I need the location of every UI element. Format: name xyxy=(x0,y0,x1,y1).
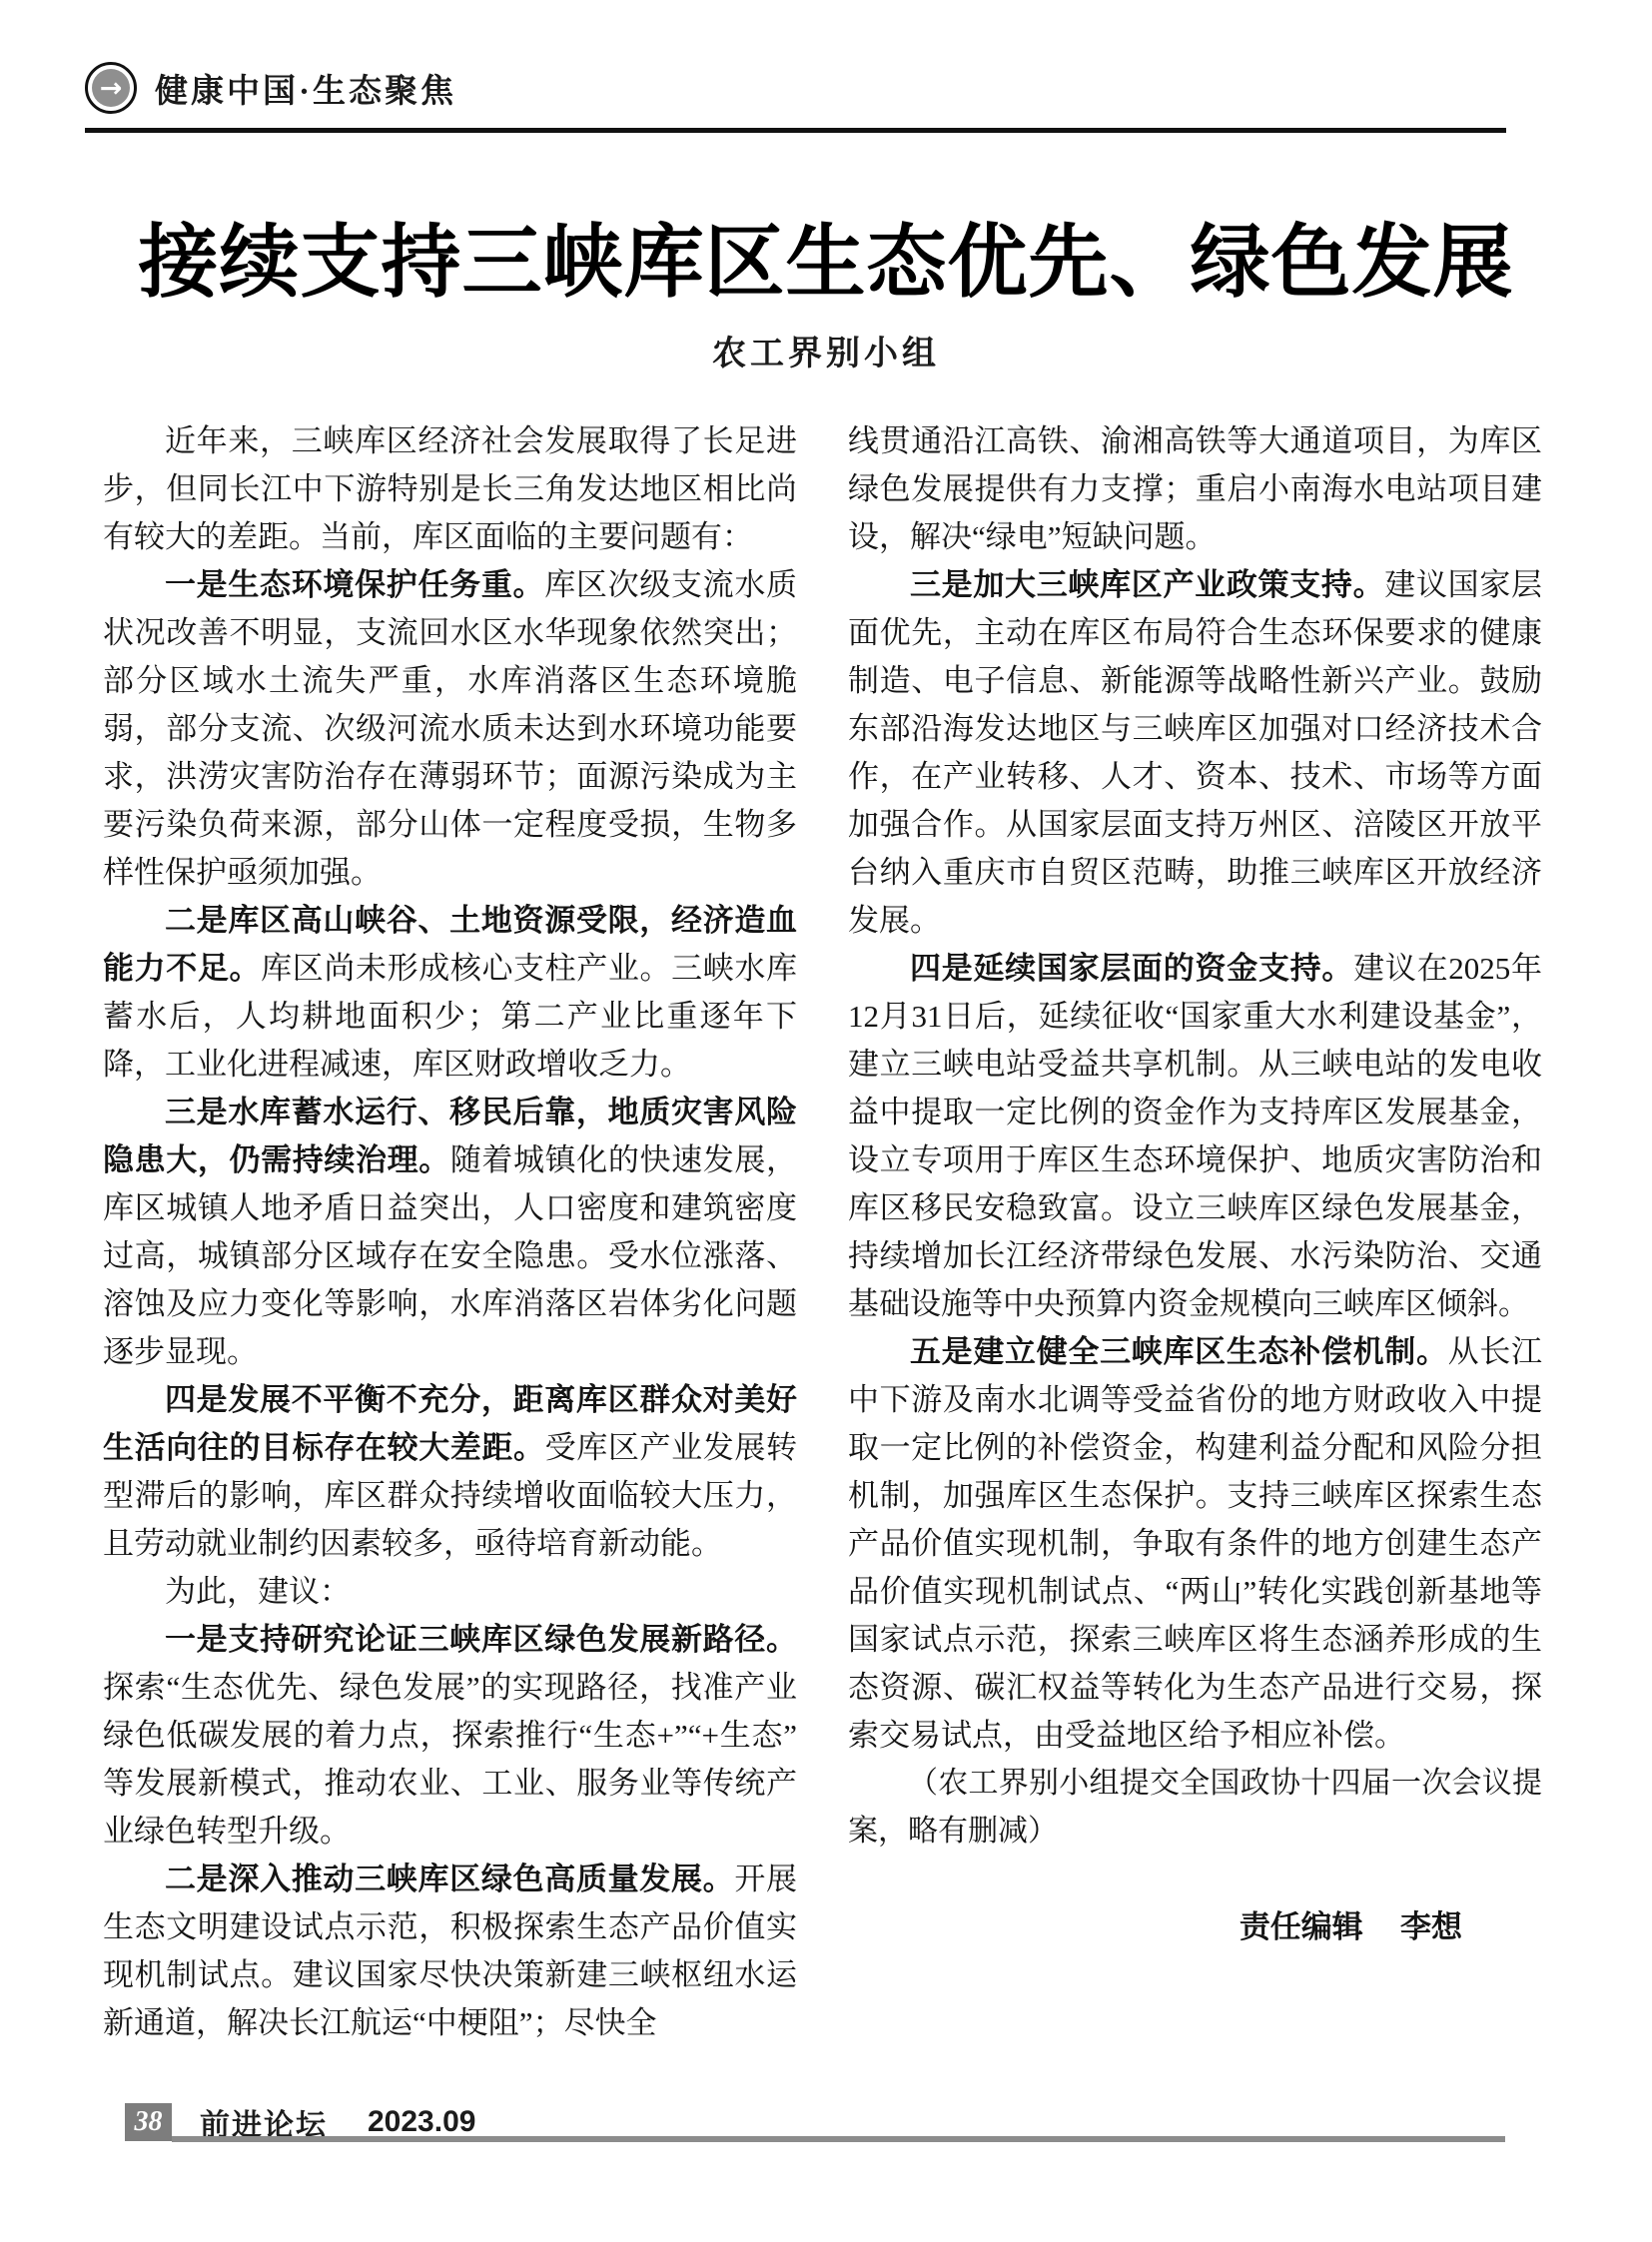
paragraph-lead: 三是加大三峡库区产业政策支持。 xyxy=(910,567,1384,602)
editor-name: 李想 xyxy=(1400,1909,1462,1944)
right-column: 线贯通沿江高铁、渝湘高铁等大通道项目，为库区绿色发展提供有力支撑；重启小南海水电… xyxy=(848,417,1542,2047)
source-note: （农工界别小组提交全国政协十四届一次会议提案，略有删减） xyxy=(848,1760,1542,1856)
body-paragraph: 二是深入推动三峡库区绿色高质量发展。开展生态文明建设试点示范，积极探索生态产品价… xyxy=(103,1856,797,2047)
page-header: → 健康中国·生态聚焦 xyxy=(85,62,1506,133)
magazine-page: → 健康中国·生态聚焦 接续支持三峡库区生态优先、绿色发展 农工界别小组 近年来… xyxy=(0,0,1652,2242)
paragraph-lead: 二是库区高山峡谷、土地资源受限，经济造血能力不足。 xyxy=(103,903,797,986)
section-brand: 健康中国·生态聚焦 xyxy=(155,65,456,112)
paragraph-lead: 一是支持研究论证三峡库区绿色发展新路径。 xyxy=(165,1622,797,1657)
left-column: 近年来，三峡库区经济社会发展取得了长足进步，但同长江中下游特别是长三角发达地区相… xyxy=(103,417,797,2047)
paragraph-lead: 二是深入推动三峡库区绿色高质量发展。 xyxy=(165,1862,734,1896)
article-body: 近年来，三峡库区经济社会发展取得了长足进步，但同长江中下游特别是长三角发达地区相… xyxy=(103,417,1542,2047)
body-paragraph: 四是延续国家层面的资金支持。建议在2025年12月31日后，延续征收“国家重大水… xyxy=(848,945,1542,1328)
editor-line: 责任编辑李想 xyxy=(848,1903,1462,1951)
body-paragraph: 一是支持研究论证三峡库区绿色发展新路径。探索“生态优先、绿色发展”的实现路径，找… xyxy=(103,1616,797,1856)
body-paragraph: 四是发展不平衡不充分，距离库区群众对美好生活向往的目标存在较大差距。受库区产业发… xyxy=(103,1376,797,1568)
paragraph-lead: 四是延续国家层面的资金支持。 xyxy=(910,951,1353,986)
arrow-right-icon: → xyxy=(92,69,130,107)
body-paragraph: 线贯通沿江高铁、渝湘高铁等大通道项目，为库区绿色发展提供有力支撑；重启小南海水电… xyxy=(848,417,1542,561)
paragraph-lead: 一是生态环境保护任务重。 xyxy=(165,567,544,602)
right-column-paragraphs: 线贯通沿江高铁、渝湘高铁等大通道项目，为库区绿色发展提供有力支撑；重启小南海水电… xyxy=(848,417,1542,1760)
body-paragraph: 为此，建议： xyxy=(103,1568,797,1616)
page-number: 38 xyxy=(135,2106,163,2138)
body-paragraph: 近年来，三峡库区经济社会发展取得了长足进步，但同长江中下游特别是长三角发达地区相… xyxy=(103,417,797,561)
body-paragraph: 二是库区高山峡谷、土地资源受限，经济造血能力不足。库区尚未形成核心支柱产业。三峡… xyxy=(103,897,797,1089)
body-paragraph: 五是建立健全三峡库区生态补偿机制。从长江中下游及南水北调等受益省份的地方财政收入… xyxy=(848,1328,1542,1760)
article-title: 接续支持三峡库区生态优先、绿色发展 xyxy=(70,198,1582,313)
body-paragraph: 三是水库蓄水运行、移民后靠，地质灾害风险隐患大，仍需持续治理。随着城镇化的快速发… xyxy=(103,1089,797,1376)
body-paragraph: 三是加大三峡库区产业政策支持。建议国家层面优先，主动在库区布局符合生态环保要求的… xyxy=(848,561,1542,945)
footer-divider xyxy=(172,2136,1505,2142)
journal-logo: → xyxy=(85,62,137,114)
page-number-badge: 38 xyxy=(125,2103,172,2141)
paragraph-lead: 四是发展不平衡不充分，距离库区群众对美好生活向往的目标存在较大差距。 xyxy=(103,1382,797,1465)
editor-label: 责任编辑 xyxy=(1239,1909,1363,1944)
article-author: 农工界别小组 xyxy=(0,326,1652,374)
paragraph-lead: 三是水库蓄水运行、移民后靠，地质灾害风险隐患大，仍需持续治理。 xyxy=(103,1095,797,1177)
issue-date: 2023.09 xyxy=(368,2105,475,2139)
paragraph-lead: 五是建立健全三峡库区生态补偿机制。 xyxy=(910,1334,1448,1369)
body-paragraph: 一是生态环境保护任务重。库区次级支流水质状况改善不明显，支流回水区水华现象依然突… xyxy=(103,561,797,897)
